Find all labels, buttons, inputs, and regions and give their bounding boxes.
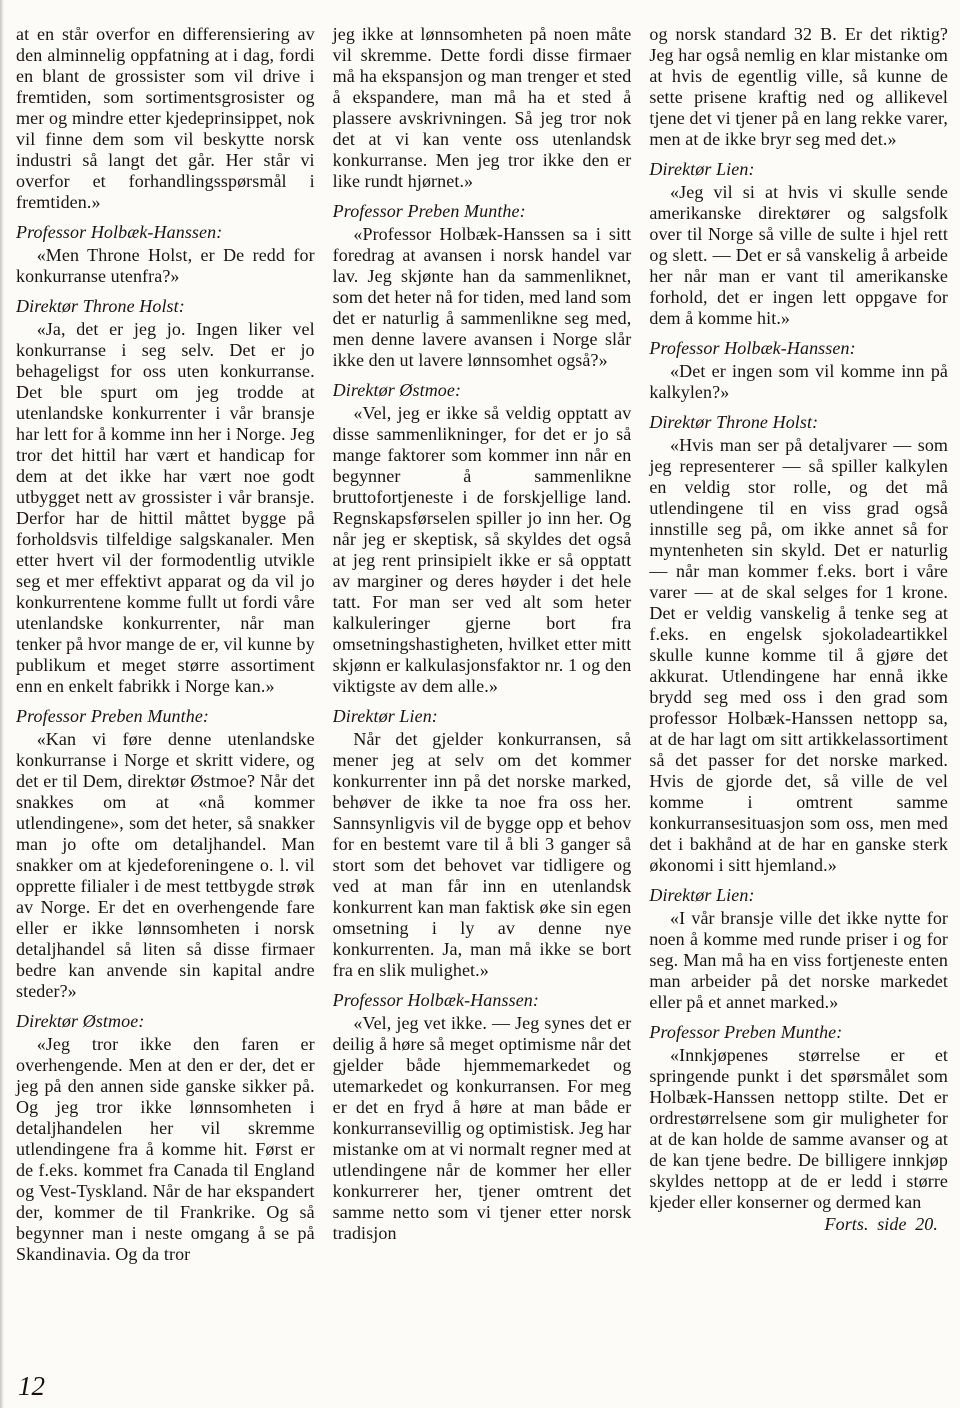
speaker-heading: Direktør Lien: — [649, 885, 948, 906]
body-paragraph: at en står overfor en differensiering av… — [16, 24, 315, 213]
scan-edge-shadow — [0, 0, 4, 1408]
page-number: 12 — [18, 1371, 45, 1402]
text-column-3: og norsk standard 32 B. Er det riktig? J… — [649, 24, 948, 1235]
speaker-heading: Professor Preben Munthe: — [16, 706, 315, 727]
body-paragraph: «Det er ingen som vil komme inn på kalky… — [649, 361, 948, 403]
speaker-heading: Direktør Throne Holst: — [649, 412, 948, 433]
body-paragraph: «Innkjøpenes størrelse er et springende … — [649, 1045, 948, 1213]
speaker-heading: Direktør Østmoe: — [16, 1011, 315, 1032]
body-paragraph: «Jeg vil si at hvis vi skulle sende amer… — [649, 182, 948, 329]
text-column-2: jeg ikke at lønnsomheten på noen måte vi… — [333, 24, 632, 1244]
body-paragraph: «I vår bransje ville det ikke nytte for … — [649, 908, 948, 1013]
continuation-note: Forts. side 20. — [649, 1214, 948, 1235]
body-paragraph: «Vel, jeg vet ikke. — Jeg synes det er d… — [333, 1013, 632, 1244]
speaker-heading: Professor Preben Munthe: — [333, 201, 632, 222]
body-paragraph: «Professor Holbæk-Hanssen sa i sitt fore… — [333, 224, 632, 371]
speaker-heading: Professor Holbæk-Hanssen: — [649, 338, 948, 359]
body-paragraph: «Kan vi føre denne utenlandske konkurran… — [16, 729, 315, 1002]
speaker-heading: Professor Holbæk-Hanssen: — [16, 222, 315, 243]
body-paragraph: «Hvis man ser på detaljvarer — som jeg r… — [649, 435, 948, 876]
column-layout: at en står overfor en differensiering av… — [16, 24, 948, 1265]
speaker-heading: Direktør Throne Holst: — [16, 296, 315, 317]
body-paragraph: «Vel, jeg er ikke så veldig opptatt av d… — [333, 403, 632, 697]
speaker-heading: Direktør Lien: — [649, 159, 948, 180]
body-paragraph: «Men Throne Holst, er De redd for konkur… — [16, 245, 315, 287]
speaker-heading: Direktør Østmoe: — [333, 380, 632, 401]
speaker-heading: Professor Preben Munthe: — [649, 1022, 948, 1043]
body-paragraph: «Jeg tror ikke den faren er overhengende… — [16, 1034, 315, 1265]
speaker-heading: Professor Holbæk-Hanssen: — [333, 990, 632, 1011]
body-paragraph: «Ja, det er jeg jo. Ingen liker vel konk… — [16, 319, 315, 697]
speaker-heading: Direktør Lien: — [333, 706, 632, 727]
body-paragraph: Når det gjelder konkurransen, så mener j… — [333, 729, 632, 981]
body-paragraph: jeg ikke at lønnsomheten på noen måte vi… — [333, 24, 632, 192]
magazine-page: at en står overfor en differensiering av… — [0, 0, 960, 1408]
text-column-1: at en står overfor en differensiering av… — [16, 24, 315, 1265]
body-paragraph: og norsk standard 32 B. Er det riktig? J… — [649, 24, 948, 150]
